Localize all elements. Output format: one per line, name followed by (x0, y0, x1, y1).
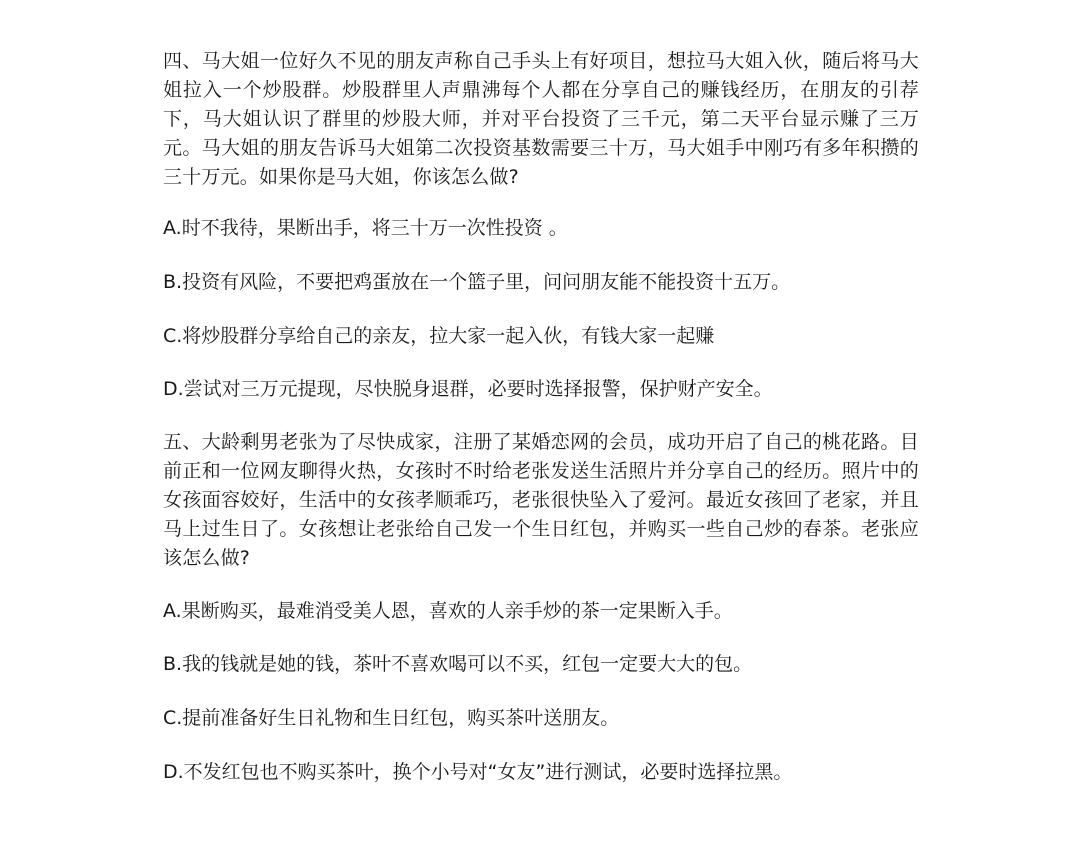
question-4-option-a: A.时不我待，果断出手，将三十万一次性投资 。 (163, 214, 923, 243)
question-4-option-d: D.尝试对三万元提现，尽快脱身退群，必要时选择报警，保护财产安全。 (163, 375, 923, 404)
question-4-option-c: C.将炒股群分享给自己的亲友，拉大家一起入伙，有钱大家一起赚 (163, 322, 923, 351)
document-page: 四、马大姐一位好久不见的朋友声称自己手头上有好项目，想拉马大姐入伙，随后将马大姐… (0, 0, 1080, 856)
question-5-option-c: C.提前准备好生日礼物和生日红包，购买茶叶送朋友。 (163, 704, 923, 733)
question-5-option-a: A.果断购买，最难消受美人恩，喜欢的人亲手炒的茶一定果断入手。 (163, 597, 923, 626)
question-4-stem: 四、马大姐一位好久不见的朋友声称自己手头上有好项目，想拉马大姐入伙，随后将马大姐… (163, 47, 919, 192)
question-4-option-b: B.投资有风险，不要把鸡蛋放在一个篮子里，问问朋友能不能投资十五万。 (163, 268, 923, 297)
question-5-option-d: D.不发红包也不购买茶叶，换个小号对“女友”进行测试，必要时选择拉黑。 (163, 758, 923, 787)
question-5-stem: 五、大龄剩男老张为了尽快成家，注册了某婚恋网的会员，成功开启了自己的桃花路。目前… (163, 428, 919, 573)
question-5-option-b: B.我的钱就是她的钱，茶叶不喜欢喝可以不买，红包一定要大大的包。 (163, 650, 923, 679)
